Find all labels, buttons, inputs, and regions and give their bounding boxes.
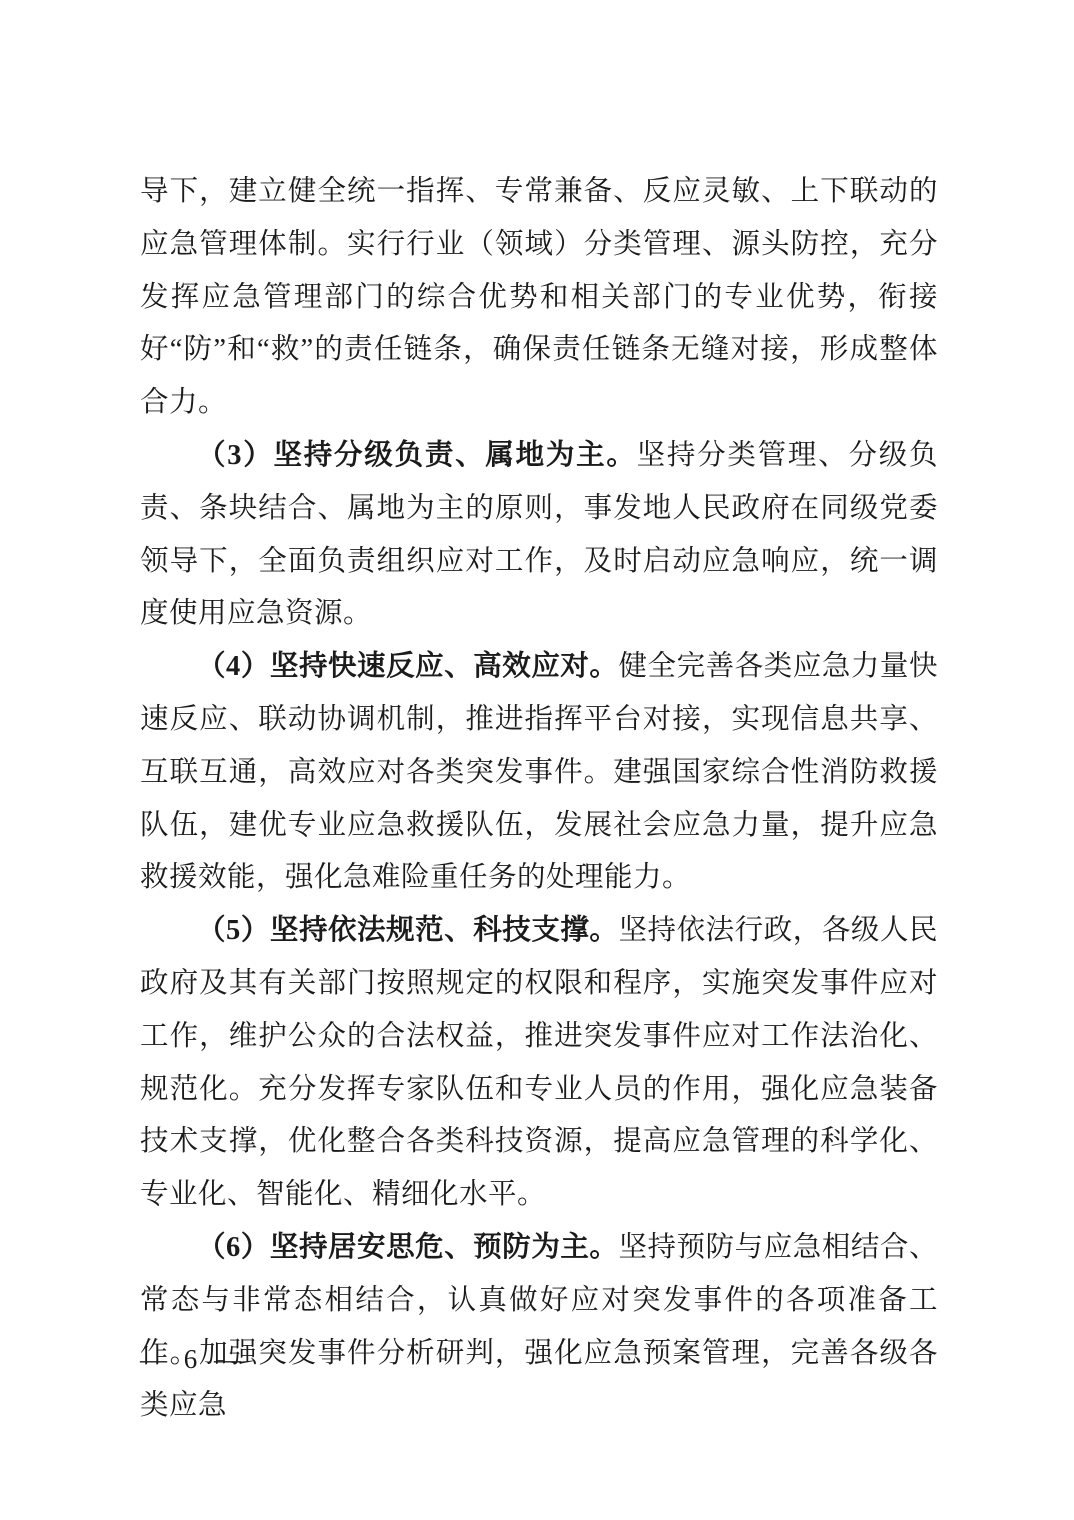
paragraph-lead: （5）坚持依法规范、科技支撑。 [197, 915, 618, 946]
page-number: — 6 — [140, 1342, 242, 1376]
paragraph-lead: （6）坚持居安思危、预防为主。 [197, 1232, 618, 1263]
paragraph-body: 健全完善各类应急力量快速反应、联动协调机制，推进指挥平台对接，实现信息共享、互联… [140, 651, 938, 893]
paragraph-item-5: （5）坚持依法规范、科技支撑。坚持依法行政，各级人民政府及其有关部门按照规定的权… [140, 905, 938, 1222]
paragraph-body: 导下，建立健全统一指挥、专常兼备、反应灵敏、上下联动的应急管理体制。实行行业（领… [140, 176, 938, 418]
document-page: 导下，建立健全统一指挥、专常兼备、反应灵敏、上下联动的应急管理体制。实行行业（领… [0, 0, 1074, 1520]
paragraph-continuation: 导下，建立健全统一指挥、专常兼备、反应灵敏、上下联动的应急管理体制。实行行业（领… [140, 166, 938, 430]
paragraph-lead: （4）坚持快速反应、高效应对。 [197, 651, 618, 682]
body-text-block: 导下，建立健全统一指挥、专常兼备、反应灵敏、上下联动的应急管理体制。实行行业（领… [140, 166, 938, 1433]
paragraph-body: 坚持依法行政，各级人民政府及其有关部门按照规定的权限和程序，实施突发事件应对工作… [140, 915, 938, 1210]
paragraph-item-6: （6）坚持居安思危、预防为主。坚持预防与应急相结合、常态与非常态相结合，认真做好… [140, 1222, 938, 1433]
paragraph-lead: （3）坚持分级负责、属地为主。 [197, 440, 637, 471]
paragraph-item-4: （4）坚持快速反应、高效应对。健全完善各类应急力量快速反应、联动协调机制，推进指… [140, 641, 938, 905]
paragraph-item-3: （3）坚持分级负责、属地为主。坚持分类管理、分级负责、条块结合、属地为主的原则，… [140, 430, 938, 641]
